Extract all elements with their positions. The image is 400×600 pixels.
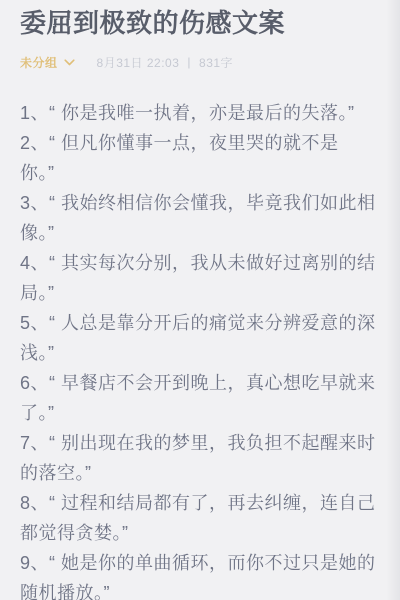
quote-item[interactable]: 9、“ 她是你的单曲循环，而你不过只是她的 随机播放。” xyxy=(20,548,390,600)
quote-item[interactable]: 8、“ 过程和结局都有了，再去纠缠，连自己 都觉得贪婪。” xyxy=(20,488,390,548)
note-content[interactable]: 1、“ 你是我唯一执着，亦是最后的失落。” 2、“ 但凡你懂事一点，夜里哭的就不… xyxy=(20,98,390,600)
quote-item[interactable]: 6、“ 早餐店不会开到晚上，真心想吃早就来 了。” xyxy=(20,368,390,428)
quote-item[interactable]: 4、“ 其实每次分别，我从未做好过离别的结 局。” xyxy=(20,248,390,308)
group-label: 未分组 xyxy=(20,54,58,71)
note-meta: 未分组 8月31日 22:03 | 831字 xyxy=(20,54,390,70)
quote-item[interactable]: 1、“ 你是我唯一执着，亦是最后的失落。” xyxy=(20,98,390,128)
meta-separator: | xyxy=(187,55,191,69)
quote-item[interactable]: 5、“ 人总是靠分开后的痛觉来分辨爱意的深 浅。” xyxy=(20,308,390,368)
chevron-down-icon xyxy=(64,59,75,66)
quote-item[interactable]: 3、“ 我始终相信你会懂我，毕竟我们如此相 像。” xyxy=(20,188,390,248)
word-count: 831字 xyxy=(199,54,233,71)
quote-item[interactable]: 2、“ 但凡你懂事一点，夜里哭的就不是 你。” xyxy=(20,128,390,188)
group-selector[interactable]: 未分组 xyxy=(20,54,75,71)
note-page: 委屈到极致的伤感文案 未分组 8月31日 22:03 | 831字 1、“ 你是… xyxy=(0,0,400,600)
note-title[interactable]: 委屈到极致的伤感文案 xyxy=(20,8,390,38)
note-date: 8月31日 22:03 xyxy=(97,54,180,71)
quote-item[interactable]: 7、“ 别出现在我的梦里，我负担不起醒来时 的落空。” xyxy=(20,428,390,488)
